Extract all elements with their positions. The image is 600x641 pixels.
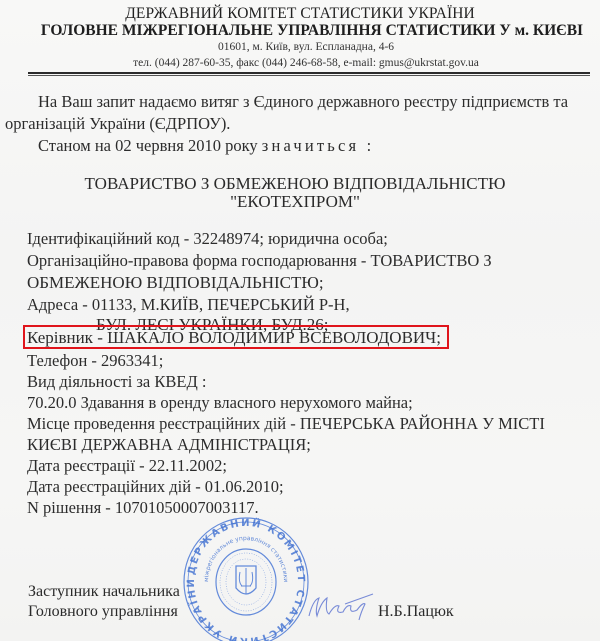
signatory-title-line-1: Заступник начальника [28,583,180,601]
field-legal-form-1: Організаційно-правова форма господарюван… [27,251,492,271]
company-name-line-2: "ЕКОТЕХПРОМ" [0,192,595,212]
letterhead-contacts: тел. (044) 287-60-35, факс (044) 246-68-… [0,57,600,69]
field-registration-place-2: КИЄВІ ДЕРЖАВНА АДМІНІСТРАЦІЯ; [27,435,311,455]
letterhead-divider-thin [28,75,590,76]
intro-line-3: Станом на 02 червня 2010 року значиться … [38,136,374,156]
signatory-title-line-2: Головного управління [28,603,178,621]
field-decision-number: N рішення - 10701050007003117. [27,498,259,518]
letterhead-department: ГОЛОВНЕ МІЖРЕГІОНАЛЬНЕ УПРАВЛІННЯ СТАТИС… [0,22,600,40]
field-registration-place-1: Місце проведення реєстраційних дій - ПЕЧ… [27,414,545,434]
field-address-1: Адреса - 01133, М.КИЇВ, ПЕЧЕРСЬКИЙ Р-Н, [27,295,350,315]
intro-line-1: На Ваш запит надаємо витяг з Єдиного дер… [38,92,568,112]
company-name-line-1: ТОВАРИСТВО З ОБМЕЖЕНОЮ ВІДПОВІДАЛЬНІСТЮ [0,174,595,194]
intro-line-2: організацій України (ЄДРПОУ). [5,114,230,134]
field-registration-date: Дата реєстрації - 22.11.2002; [27,456,227,476]
field-activity-value: 70.20.0 Здавання в оренду власного нерух… [27,393,413,413]
signatory-name: Н.Б.Пацюк [378,603,454,621]
field-legal-form-2: ОБМЕЖЕНОЮ ВІДПОВІДАЛЬНІСТЮ; [27,273,324,293]
field-phone: Телефон - 2963341; [27,351,163,371]
field-activity-label: Вид діяльності за КВЕД : [27,372,206,392]
letterhead-divider [28,72,590,74]
status-verb: значиться : [262,136,375,155]
official-stamp-icon: ДЕРЖАВНИЙ КОМІТЕТ СТАТИСТИКИ УКРАЇНИ між… [180,516,312,641]
letterhead-address: 01601, м. Київ, вул. Еспланадна, 4-6 [0,41,600,53]
signature-icon [305,590,375,624]
field-registration-actions-date: Дата реєстраційних дій - 01.06.2010; [27,477,284,497]
letterhead-committee: ДЕРЖАВНИЙ КОМІТЕТ СТАТИСТИКИ УКРАЇНИ [0,5,600,23]
field-id-code: Ідентифікаційний код - 32248974; юридичн… [27,229,388,249]
status-date: Станом на 02 червня 2010 року [38,136,258,155]
director-highlight-box [23,325,449,349]
